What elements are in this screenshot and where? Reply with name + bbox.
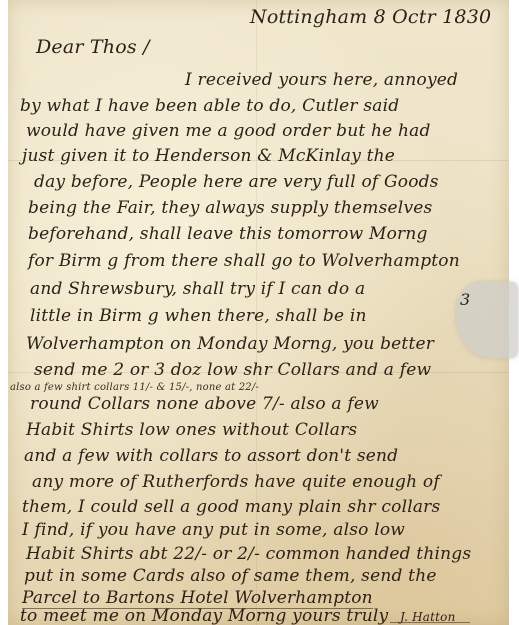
- letter-line: Habit Shirts abt 22/- or 2/- common hand…: [26, 544, 471, 564]
- letter-line: for Birm g from there shall go to Wolver…: [28, 251, 460, 271]
- letter-line: send me 2 or 3 doz low shr Collars and a…: [34, 360, 431, 380]
- letter-line: Wolverhampton on Monday Morng, you bette…: [26, 334, 434, 354]
- margin-mark: 3: [460, 290, 470, 309]
- letter-line: round Collars none above 7/- also a few: [30, 394, 379, 414]
- letter-line: day before, People here are very full of…: [34, 172, 439, 192]
- letter-line: to meet me on Monday Morng yours truly: [20, 606, 388, 625]
- letter-line: being the Fair, they always supply thems…: [28, 198, 432, 218]
- letter-line: and Shrewsbury, shall try if I can do a: [30, 279, 365, 299]
- letter-line: I find, if you have any put in some, als…: [22, 520, 405, 540]
- letter-line: and a few with collars to assort don't s…: [24, 446, 398, 466]
- letter-line: by what I have been able to do, Cutler s…: [20, 96, 399, 116]
- letter-line: would have given me a good order but he …: [26, 121, 431, 141]
- letter-line: Habit Shirts low ones without Collars: [26, 420, 357, 440]
- signature-underline: [390, 622, 470, 623]
- letter-line: I received yours here, annoyed: [185, 70, 458, 90]
- place-date: Nottingham 8 Octr 1830: [250, 6, 491, 28]
- interlinear-note: also a few shirt collars 11/- & 15/-, no…: [10, 382, 259, 393]
- letter-line: beforehand, shall leave this tomorrow Mo…: [28, 224, 428, 244]
- letter-line: any more of Rutherfords have quite enoug…: [32, 472, 440, 492]
- letter-line: little in Birm g when there, shall be in: [30, 306, 367, 326]
- salutation: Dear Thos /: [36, 36, 150, 58]
- letter-line: them, I could sell a good many plain shr…: [22, 497, 440, 517]
- letter-line: put in some Cards also of same them, sen…: [24, 566, 437, 586]
- letter-line: just given it to Henderson & McKinlay th…: [22, 146, 395, 166]
